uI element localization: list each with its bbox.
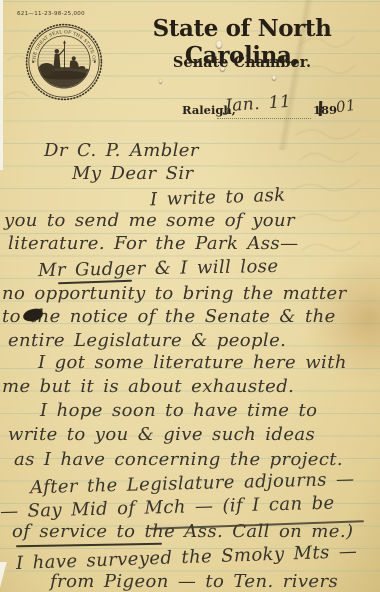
letter-line: Mr Gudger & I will lose [38,256,279,281]
letter-line: as I have concerning the project. [14,449,343,470]
letter-line: me but it is about exhausted. [2,376,294,397]
pin-hole [159,79,162,83]
photo-edge [0,0,3,170]
letterhead-subtitle: Senate Chamber. [110,54,374,71]
letter-line: entire Legislature & people. [8,330,286,351]
state-seal: THE GREAT SEAL OF THE STATE OF NORTH CAR… [23,21,105,103]
form-number: 621—11-23-98-25,000 [17,11,85,17]
handwritten-year: 01 [335,96,357,117]
letter-line: you to send me some of your [4,210,295,231]
letter-line: literature. For the Park Ass— [8,233,298,254]
letter-line: of service to the Ass. Call on me.) [12,521,353,542]
letter-line: My Dear Sir [72,163,194,184]
photo-corner [0,562,9,592]
letter-line: I hope soon to have time to [40,400,317,421]
letter-line: I got some literature here with [38,352,347,373]
letter-line: write to you & give such ideas [8,424,315,445]
printed-year: 189 [313,103,337,117]
letter-line: Dr C. P. Ambler [44,140,199,161]
year-strike-mark [319,101,323,116]
letter-line: to the notice of the Senate & the [2,306,336,327]
letter-line: from Pigeon — to Ten. rivers [50,571,338,592]
letter-line: no opportunity to bring the matter [2,283,347,304]
pin-hole [272,75,276,80]
letter-scan: 621—11-23-98-25,000 THE GREAT SEAL OF TH… [0,0,380,592]
